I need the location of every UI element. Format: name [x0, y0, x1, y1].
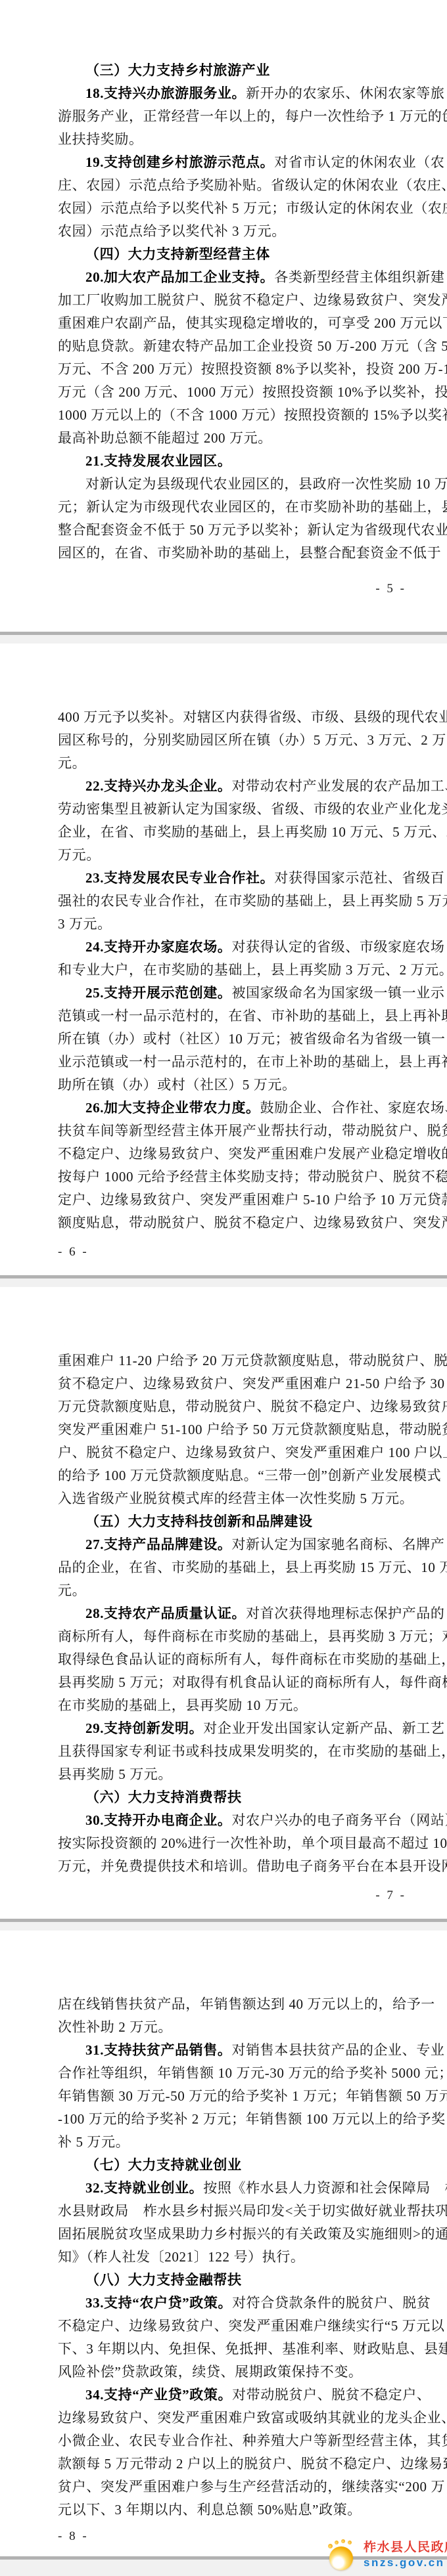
doc-line-text: 万元、不含 200 万元）按照投资额 8%予以奖补，投资 200 万-1000 — [58, 361, 447, 377]
doc-line-text: 园区称号的，分别奖励园区所在镇（办）5 万元、3 万元、2 万 — [58, 732, 446, 748]
page-separator — [0, 632, 447, 644]
doc-line-text: 补 5 万元。 — [58, 2134, 129, 2150]
gov-logo-text: 柞水县人民政府 snzs.gov.cn — [364, 2540, 447, 2570]
doc-line: 所在镇（办）或村（社区）10 万元；被省级命名为省级一镇一 — [58, 1028, 406, 1051]
doc-line: 定户、边缘易致贫户、突发严重困难户 5-10 户给予 10 万元贷款 — [58, 1189, 406, 1212]
doc-line: 农园）示范点给予以奖代补 3 万元。 — [58, 220, 406, 243]
doc-line: 年销售额 30 万元-50 万元的给予奖补 1 万元；年销售额 50 万元 — [58, 2085, 406, 2108]
document-page: 店在线销售扶贫产品，年销售额达到 40 万元以上的，给予一次性补助 2 万元。3… — [0, 1931, 447, 2556]
doc-line-text: 风险补偿”贷款政策，续贷、展期政策保持不变。 — [58, 2364, 363, 2380]
doc-line-bold-lead: 32.支持就业创业。 — [85, 2180, 203, 2196]
doc-line-text: 商标所有人，每件商标在市奖励的基础上，县再奖励 3 万元；对 — [58, 1628, 447, 1644]
doc-line-text: 突发严重困难户 51-100 户给予 50 万元贷款额度贴息，带动脱贫 — [58, 1422, 447, 1437]
doc-line: 19.支持创建乡村旅游示范点。对省市认定的休闲农业（农 — [58, 151, 406, 174]
doc-line-text: 对省市认定的休闲农业（农 — [274, 154, 444, 170]
doc-line: 劳动密集型且被新认定为国家级、省级、市级的农业产业化龙头 — [58, 798, 406, 821]
doc-line-text: 户、脱贫不稳定户、边缘易致贫户、突发严重困难户 100 户以上 — [58, 1445, 447, 1460]
doc-line: 园区称号的，分别奖励园区所在镇（办）5 万元、3 万元、2 万 — [58, 729, 406, 752]
page-separator — [0, 1275, 447, 1287]
doc-line-text: 被国家级命名为国家级一镇一业示 — [231, 985, 444, 1001]
doc-line: 34.支持“产业贷”政策。对带动脱贫户、脱贫不稳定户、 — [58, 2384, 406, 2407]
doc-line: 元。 — [58, 752, 406, 775]
doc-line-text: 扶贫车间等新型经营主体开展产业帮扶行动，带动脱贫户、脱贫 — [58, 1123, 447, 1139]
doc-line: 园区的，在省、市奖励补助的基础上，县整合配套资金不低于 — [58, 542, 406, 565]
doc-line-text: 县再奖励 5 万元；对取得有机食品认证的商标所有人，每件商标 — [58, 1674, 447, 1690]
doc-line-text: 和专业大户，在市奖励的基础上，县上再奖励 3 万元、2 万元。 — [58, 962, 447, 978]
doc-line: 20.加大农产品加工企业支持。各类新型经营主体组织新建 — [58, 266, 406, 289]
doc-line-text: 下、3 年期以内、免担保、免抵押、基准利率、财政贴息、县建 — [58, 2341, 447, 2357]
document-page: （三）大力支持乡村旅游产业18.支持兴办旅游服务业。新开办的农家乐、休闲农家等旅… — [0, 0, 447, 632]
doc-line: 21.支持发展农业园区。 — [58, 450, 406, 473]
doc-line: 扶贫车间等新型经营主体开展产业帮扶行动，带动脱贫户、脱贫 — [58, 1120, 406, 1143]
doc-line-text: 款额每 5 万元带动 2 户以上的脱贫户、脱贫不稳定户、边缘易致 — [58, 2456, 447, 2472]
doc-line-text: 小微企业、农民专业合作社、种养殖大户等新型经营主体，其贷 — [58, 2433, 447, 2449]
doc-line: 下、3 年期以内、免担保、免抵押、基准利率、财政贴息、县建 — [58, 2338, 406, 2361]
doc-line: 庄、农园）示范点给予奖励补贴。省级认定的休闲农业（农庄、 — [58, 174, 406, 197]
doc-line: 24.支持开办家庭农场。对获得认定的省级、市级家庭农场 — [58, 936, 406, 959]
doc-line-bold-lead: 24.支持开办家庭农场。 — [85, 939, 231, 955]
doc-line-text: 对销售本县扶贫产品的企业、专业 — [231, 2042, 444, 2058]
doc-line: 万元（含 200 万元、1000 万元）按照投资额 10%予以奖补，投资 — [58, 381, 406, 404]
doc-line: 合作社等组织，年销售额 10 万元-30 万元的给予奖补 5000 元； — [58, 2062, 406, 2085]
doc-line: 30.支持开办电商企业。对农户兴办的电子商务平台（网站）， — [58, 1809, 406, 1832]
doc-line-text: 元以下、3 年期以内、利息总额 50%贴息”政策。 — [58, 2502, 362, 2518]
doc-line-text: 对农户兴办的电子商务平台（网站）， — [231, 1812, 447, 1828]
doc-line-bold-lead: 20.加大农产品加工企业支持。 — [85, 269, 274, 285]
doc-line-text: （四）大力支持新型经营主体 — [85, 246, 270, 262]
doc-line-text: 元。 — [58, 1583, 86, 1598]
doc-line-text: 所在镇（办）或村（社区）10 万元；被省级命名为省级一镇一 — [58, 1031, 446, 1047]
doc-line-text: 万元。 — [58, 847, 101, 863]
doc-line-text: 3 万元。 — [58, 916, 112, 932]
doc-line: 25.支持开展示范创建。被国家级命名为国家级一镇一业示 — [58, 982, 406, 1005]
doc-line-text: 取得绿色食品认证的商标所有人，每件商标在市奖励的基础上， — [58, 1651, 447, 1667]
doc-line: 知》（柞人社发〔2021〕122 号）执行。 — [58, 2246, 406, 2269]
doc-line: 商标所有人，每件商标在市奖励的基础上，县再奖励 3 万元；对 — [58, 1625, 406, 1648]
page-number: - 6 - — [58, 1242, 406, 1262]
doc-line-text: 合作社等组织，年销售额 10 万元-30 万元的给予奖补 5000 元； — [58, 2065, 447, 2081]
doc-line: 边缘易致贫户、突发严重困难户致富或吸纳其就业的龙头企业、 — [58, 2407, 406, 2430]
doc-line: 1000 万元以上的（不含 1000 万元）按照投资额的 15%予以奖补。 — [58, 404, 406, 427]
doc-line: 县再奖励 5 万元；对取得有机食品认证的商标所有人，每件商标 — [58, 1671, 406, 1694]
doc-line: 重困难户农副产品，使其实现稳定增收的，可享受 200 万元以下 — [58, 312, 406, 335]
section-heading: （五）大力支持科技创新和品牌建设 — [58, 1510, 406, 1533]
doc-line: 业示范镇或一村一品示范村的，在市上补助的基础上，县上再补 — [58, 1051, 406, 1074]
doc-line: 最高补助总额不能超过 200 万元。 — [58, 427, 406, 450]
document-viewport: { "document": { "pages": [ { "number": "… — [0, 0, 447, 2576]
doc-line: 18.支持兴办旅游服务业。新开办的农家乐、休闲农家等旅 — [58, 82, 406, 105]
doc-line: 店在线销售扶贫产品，年销售额达到 40 万元以上的，给予一 — [58, 1993, 406, 2016]
doc-line-text: 按每户 1000 元给予经营主体奖励支持；带动脱贫户、脱贫不稳 — [58, 1169, 447, 1185]
doc-line: 在市奖励的基础上，县再奖励 10 万元。 — [58, 1694, 406, 1717]
doc-line-bold-lead: 21.支持发展农业园区。 — [85, 453, 231, 469]
doc-line-text: （三）大力支持乡村旅游产业 — [85, 62, 270, 78]
doc-line-text: 县再奖励 5 万元。 — [58, 1766, 172, 1782]
doc-line: 22.支持兴办龙头企业。对带动农村产业发展的农产品加工、 — [58, 775, 406, 798]
doc-line-text: 游服务产业，正常经营一年以上的，每户一次性给予 1 万元的创 — [58, 108, 447, 124]
doc-line-text: 年销售额 30 万元-50 万元的给予奖补 1 万元；年销售额 50 万元 — [58, 2088, 447, 2104]
doc-line: 元；新认定为市级现代农业园区的，在市奖励补助的基础上，县 — [58, 496, 406, 519]
doc-line: 对新认定为县级现代农业园区的，县政府一次性奖励 10 万 — [58, 473, 406, 496]
doc-line-text: 对获得国家示范社、省级百 — [274, 870, 444, 886]
doc-line: 品的企业，在省、市奖励的基础上，县上再奖励 15 万元、10 万 — [58, 1556, 406, 1579]
section-heading: （八）大力支持金融帮扶 — [58, 2269, 406, 2292]
doc-line-text: 万元贷款额度贴息，带动脱贫户、脱贫不稳定户、边缘易致贫户、 — [58, 1399, 447, 1414]
doc-line-text: 各类新型经营主体组织新建 — [274, 269, 444, 285]
doc-line: 小微企业、农民专业合作社、种养殖大户等新型经营主体，其贷 — [58, 2430, 406, 2453]
doc-line-text: 农园）示范点给予以奖代补 3 万元。 — [58, 223, 286, 239]
doc-line: 27.支持产品品牌建设。对新认定为国家驰名商标、名牌产 — [58, 1533, 406, 1556]
doc-line-text: -100 万元的给予奖补 2 万元；年销售额 100 万元以上的给予奖 — [58, 2111, 446, 2127]
doc-line-text: 加工厂收购加工脱贫户、脱贫不稳定户、边缘易致贫户、突发严 — [58, 292, 447, 308]
doc-line-text: （五）大力支持科技创新和品牌建设 — [85, 1514, 313, 1529]
doc-line-text: 农园）示范点给予以奖代补 5 万元；市级认定的休闲农业（农庄、 — [58, 200, 447, 216]
doc-line: 的贴息贷款。新建农特产品加工企业投资 50 万-200 万元（含 50 — [58, 335, 406, 358]
doc-line-text: 万元（含 200 万元、1000 万元）按照投资额 10%予以奖补，投资 — [58, 384, 447, 400]
doc-line: 3 万元。 — [58, 913, 406, 936]
doc-line: 县再奖励 5 万元。 — [58, 1763, 406, 1786]
doc-line-bold-lead: 33.支持“农户贷”政策。 — [85, 2295, 232, 2311]
doc-line-text: 对带动脱贫户、脱贫不稳定户、 — [232, 2387, 431, 2403]
doc-line: 不稳定户、边缘易致贫户、突发严重困难户继续实行“5 万元以 — [58, 2315, 406, 2338]
doc-line-text: 万元，并免费提供技术和培训。借助电子商务平台在本县开设网 — [58, 1858, 447, 1874]
doc-line: 33.支持“农户贷”政策。对符合贷款条件的脱贫户、脱贫 — [58, 2292, 406, 2315]
doc-line-bold-lead: 30.支持开办电商企业。 — [85, 1812, 231, 1828]
doc-line-text: 知》（柞人社发〔2021〕122 号）执行。 — [58, 2249, 304, 2265]
doc-line: 取得绿色食品认证的商标所有人，每件商标在市奖励的基础上， — [58, 1648, 406, 1671]
doc-line: 万元贷款额度贴息，带动脱贫户、脱贫不稳定户、边缘易致贫户、 — [58, 1395, 406, 1418]
doc-line: 28.支持农产品质量认证。对首次获得地理标志保护产品的 — [58, 1602, 406, 1625]
doc-line-text: 次性补助 2 万元。 — [58, 2019, 172, 2035]
doc-line-text: 对带动农村产业发展的农产品加工、 — [231, 778, 447, 794]
doc-line-text: 贫不稳定户、边缘易致贫户、突发严重困难户 21-50 户给予 30 — [58, 1376, 445, 1391]
page-number: - 7 - — [58, 1886, 406, 1906]
doc-line: 户、脱贫不稳定户、边缘易致贫户、突发严重困难户 100 户以上 — [58, 1441, 406, 1464]
document-page: 400 万元予以奖补。对辖区内获得省级、市级、县级的现代农业园区称号的，分别奖励… — [0, 644, 447, 1275]
doc-line-text: 按照《柞水县人力资源和社会保障局 柞 — [203, 2180, 447, 2196]
doc-line-bold-lead: 34.支持“产业贷”政策。 — [85, 2387, 232, 2403]
doc-line: 元。 — [58, 1579, 406, 1602]
doc-line: 23.支持发展农民专业合作社。对获得国家示范社、省级百 — [58, 867, 406, 890]
doc-line-text: 的给予 100 万元贷款额度贴息。“三带一创”创新产业发展模式 — [58, 1468, 441, 1483]
doc-line-bold-lead: 29.支持创新发明。 — [85, 1720, 203, 1736]
doc-line-text: 对符合贷款条件的脱贫户、脱贫 — [232, 2295, 431, 2311]
doc-line-text: 的贴息贷款。新建农特产品加工企业投资 50 万-200 万元（含 50 — [58, 338, 447, 354]
doc-line-text: 店在线销售扶贫产品，年销售额达到 40 万元以上的，给予一 — [58, 1996, 435, 2012]
doc-line-text: 元；新认定为市级现代农业园区的，在市奖励补助的基础上，县 — [58, 499, 447, 515]
gov-logo[interactable]: 柞水县人民政府 snzs.gov.cn — [327, 2535, 444, 2575]
doc-line-bold-lead: 23.支持发展农民专业合作社。 — [85, 870, 274, 886]
paw-icon — [327, 2538, 358, 2572]
doc-line: 且获得国家专利证书或科技成果发明奖的，在市奖励的基础上， — [58, 1740, 406, 1763]
doc-line: 31.支持扶贫产品销售。对销售本县扶贫产品的企业、专业 — [58, 2039, 406, 2062]
doc-line: 万元。 — [58, 844, 406, 867]
doc-line-bold-lead: 25.支持开展示范创建。 — [85, 985, 231, 1001]
doc-line-text: 品的企业，在省、市奖励的基础上，县上再奖励 15 万元、10 万 — [58, 1560, 447, 1575]
document-page: 重困难户 11-20 户给予 20 万元贷款额度贴息，带动脱贫户、脱贫不稳定户、… — [0, 1287, 447, 1919]
section-heading: （六）大力支持消费帮扶 — [58, 1786, 406, 1809]
doc-line-text: 鼓励企业、合作社、家庭农场、 — [260, 1100, 447, 1116]
doc-line-text: 1000 万元以上的（不含 1000 万元）按照投资额的 15%予以奖补。 — [58, 407, 447, 423]
document-viewer: （三）大力支持乡村旅游产业18.支持兴办旅游服务业。新开办的农家乐、休闲农家等旅… — [0, 0, 447, 2576]
doc-line: 企业，在省、市奖励的基础上，县上再奖励 10 万元、5 万元、2 — [58, 821, 406, 844]
doc-line-text: 整合配套资金不低于 50 万元予以奖补；新认定为省级现代农业 — [58, 522, 447, 538]
page-number: - 5 - — [58, 579, 406, 599]
doc-line-bold-lead: 19.支持创建乡村旅游示范点。 — [85, 154, 274, 170]
doc-line: 突发严重困难户 51-100 户给予 50 万元贷款额度贴息，带动脱贫 — [58, 1418, 406, 1441]
doc-line: 款额每 5 万元带动 2 户以上的脱贫户、脱贫不稳定户、边缘易致 — [58, 2453, 406, 2476]
doc-line-text: 范镇或一村一品示范村的，在省、市补助的基础上，县上再补助 — [58, 1008, 447, 1024]
doc-line: 元以下、3 年期以内、利息总额 50%贴息”政策。 — [58, 2499, 406, 2521]
doc-line-text: 水县财政局 柞水县乡村振兴局印发<关于切实做好就业帮扶巩 — [58, 2203, 447, 2219]
doc-line-text: 元。 — [58, 755, 86, 771]
doc-line: 额度贴息，带动脱贫户、脱贫不稳定户、边缘易致贫户、突发严 — [58, 1212, 406, 1234]
doc-line-text: 不稳定户、边缘易致贫户、突发严重困难户继续实行“5 万元以 — [58, 2318, 444, 2334]
section-heading: （七）大力支持就业创业 — [58, 2154, 406, 2177]
doc-line: 和专业大户，在市奖励的基础上，县上再奖励 3 万元、2 万元。 — [58, 959, 406, 982]
gov-name: 柞水县人民政府 — [364, 2540, 447, 2556]
doc-line-bold-lead: 26.加大支持企业带农力度。 — [85, 1100, 260, 1116]
doc-line-text: 业示范镇或一村一品示范村的，在市上补助的基础上，县上再补 — [58, 1054, 447, 1070]
doc-line-text: 固拓展脱贫攻坚成果助力乡村振兴的有关政策及实施细则>的通 — [58, 2226, 447, 2242]
doc-line: 固拓展脱贫攻坚成果助力乡村振兴的有关政策及实施细则>的通 — [58, 2223, 406, 2246]
doc-line: 按每户 1000 元给予经营主体奖励支持；带动脱贫户、脱贫不稳 — [58, 1166, 406, 1189]
doc-line: 补 5 万元。 — [58, 2131, 406, 2154]
section-heading: （三）大力支持乡村旅游产业 — [58, 59, 406, 82]
doc-line: -100 万元的给予奖补 2 万元；年销售额 100 万元以上的给予奖 — [58, 2108, 406, 2131]
doc-line-text: 对获得认定的省级、市级家庭农场 — [231, 939, 444, 955]
doc-line-text: 定户、边缘易致贫户、突发严重困难户 5-10 户给予 10 万元贷款 — [58, 1192, 447, 1208]
doc-line: 贫户、突发严重困难户参与生产经营活动的，继续落实“200 万 — [58, 2476, 406, 2499]
doc-line: 加工厂收购加工脱贫户、脱贫不稳定户、边缘易致贫户、突发严 — [58, 289, 406, 312]
doc-line-bold-lead: 18.支持兴办旅游服务业。 — [85, 85, 246, 101]
doc-line-text: （八）大力支持金融帮扶 — [85, 2272, 242, 2288]
doc-line-text: 助所在镇（办）或村（社区）5 万元。 — [58, 1077, 296, 1093]
doc-line: 游服务产业，正常经营一年以上的，每户一次性给予 1 万元的创 — [58, 105, 406, 128]
doc-line: 32.支持就业创业。按照《柞水县人力资源和社会保障局 柞 — [58, 2177, 406, 2200]
doc-line-text: 对首次获得地理标志保护产品的 — [246, 1605, 444, 1621]
doc-line-bold-lead: 27.支持产品品牌建设。 — [85, 1537, 231, 1552]
gov-site-url: snzs.gov.cn — [364, 2556, 447, 2570]
doc-line-text: 强社的农民专业合作社，在市奖励的基础上，县上再奖励 5 万元、 — [58, 893, 447, 909]
doc-line: 水县财政局 柞水县乡村振兴局印发<关于切实做好就业帮扶巩 — [58, 2200, 406, 2223]
doc-line-text: 入选省级产业脱贫模式库的经营主体一次性奖励 5 万元。 — [58, 1491, 413, 1506]
doc-line: 次性补助 2 万元。 — [58, 2016, 406, 2039]
doc-line-text: 额度贴息，带动脱贫户、脱贫不稳定户、边缘易致贫户、突发严 — [58, 1215, 447, 1231]
doc-line: 贫不稳定户、边缘易致贫户、突发严重困难户 21-50 户给予 30 — [58, 1372, 406, 1395]
doc-line-bold-lead: 22.支持兴办龙头企业。 — [85, 778, 231, 794]
doc-line-text: 在市奖励的基础上，县再奖励 10 万元。 — [58, 1697, 308, 1713]
doc-line-text: （六）大力支持消费帮扶 — [85, 1789, 242, 1805]
doc-line: 入选省级产业脱贫模式库的经营主体一次性奖励 5 万元。 — [58, 1487, 406, 1510]
doc-line-text: 重困难户 11-20 户给予 20 万元贷款额度贴息，带动脱贫户、脱 — [58, 1353, 447, 1368]
doc-line-text: 对新认定为县级现代农业园区的，县政府一次性奖励 10 万 — [85, 476, 447, 492]
doc-line: 万元、不含 200 万元）按照投资额 8%予以奖补，投资 200 万-1000 — [58, 358, 406, 381]
doc-line-text: 且获得国家专利证书或科技成果发明奖的，在市奖励的基础上， — [58, 1743, 447, 1759]
doc-line: 范镇或一村一品示范村的，在省、市补助的基础上，县上再补助 — [58, 1005, 406, 1028]
doc-line-text: 园区的，在省、市奖励补助的基础上，县整合配套资金不低于 — [58, 545, 441, 561]
doc-line: 400 万元予以奖补。对辖区内获得省级、市级、县级的现代农业 — [58, 706, 406, 729]
doc-line: 重困难户 11-20 户给予 20 万元贷款额度贴息，带动脱贫户、脱 — [58, 1349, 406, 1372]
doc-line-bold-lead: 31.支持扶贫产品销售。 — [85, 2042, 231, 2058]
doc-line-text: 按实际投资额的 20%进行一次性补助，单个项目最高不超过 10 — [58, 1835, 447, 1851]
doc-line-text: 劳动密集型且被新认定为国家级、省级、市级的农业产业化龙头 — [58, 801, 447, 817]
doc-line-text: 最高补助总额不能超过 200 万元。 — [58, 430, 272, 446]
doc-line: 按实际投资额的 20%进行一次性补助，单个项目最高不超过 10 — [58, 1832, 406, 1855]
doc-line-text: 企业，在省、市奖励的基础上，县上再奖励 10 万元、5 万元、2 — [58, 824, 447, 840]
doc-line: 不稳定户、边缘易致贫户、突发严重困难户发展产业稳定增收的， — [58, 1143, 406, 1166]
doc-line: 的给予 100 万元贷款额度贴息。“三带一创”创新产业发展模式 — [58, 1464, 406, 1487]
doc-line: 农园）示范点给予以奖代补 5 万元；市级认定的休闲农业（农庄、 — [58, 197, 406, 220]
doc-line: 29.支持创新发明。对企业开发出国家认定新产品、新工艺 — [58, 1717, 406, 1740]
doc-line: 业扶持奖励。 — [58, 128, 406, 151]
section-heading: （四）大力支持新型经营主体 — [58, 243, 406, 266]
doc-line: 助所在镇（办）或村（社区）5 万元。 — [58, 1074, 406, 1097]
doc-line: 强社的农民专业合作社，在市奖励的基础上，县上再奖励 5 万元、 — [58, 890, 406, 913]
doc-line-text: 业扶持奖励。 — [58, 131, 143, 147]
doc-line: 万元，并免费提供技术和培训。借助电子商务平台在本县开设网 — [58, 1855, 406, 1878]
doc-line: 整合配套资金不低于 50 万元予以奖补；新认定为省级现代农业 — [58, 519, 406, 542]
doc-line-text: 对企业开发出国家认定新产品、新工艺 — [203, 1720, 444, 1736]
doc-line-text: 新开办的农家乐、休闲农家等旅 — [246, 85, 444, 101]
doc-line-text: 重困难户农副产品，使其实现稳定增收的，可享受 200 万元以下 — [58, 315, 447, 331]
doc-line-text: 贫户、突发严重困难户参与生产经营活动的，继续落实“200 万 — [58, 2479, 445, 2495]
doc-line: 风险补偿”贷款政策，续贷、展期政策保持不变。 — [58, 2361, 406, 2384]
doc-line-text: 边缘易致贫户、突发严重困难户致富或吸纳其就业的龙头企业、 — [58, 2410, 447, 2426]
doc-line-text: 庄、农园）示范点给予奖励补贴。省级认定的休闲农业（农庄、 — [58, 177, 447, 193]
doc-line-text: （七）大力支持就业创业 — [85, 2157, 242, 2173]
doc-line-text: 对新认定为国家驰名商标、名牌产 — [231, 1537, 444, 1552]
doc-line-text: 400 万元予以奖补。对辖区内获得省级、市级、县级的现代农业 — [58, 709, 447, 725]
doc-line-bold-lead: 28.支持农产品质量认证。 — [85, 1605, 246, 1621]
doc-line: 26.加大支持企业带农力度。鼓励企业、合作社、家庭农场、 — [58, 1097, 406, 1120]
doc-line-text: 不稳定户、边缘易致贫户、突发严重困难户发展产业稳定增收的， — [58, 1146, 447, 1162]
page-separator — [0, 1919, 447, 1931]
